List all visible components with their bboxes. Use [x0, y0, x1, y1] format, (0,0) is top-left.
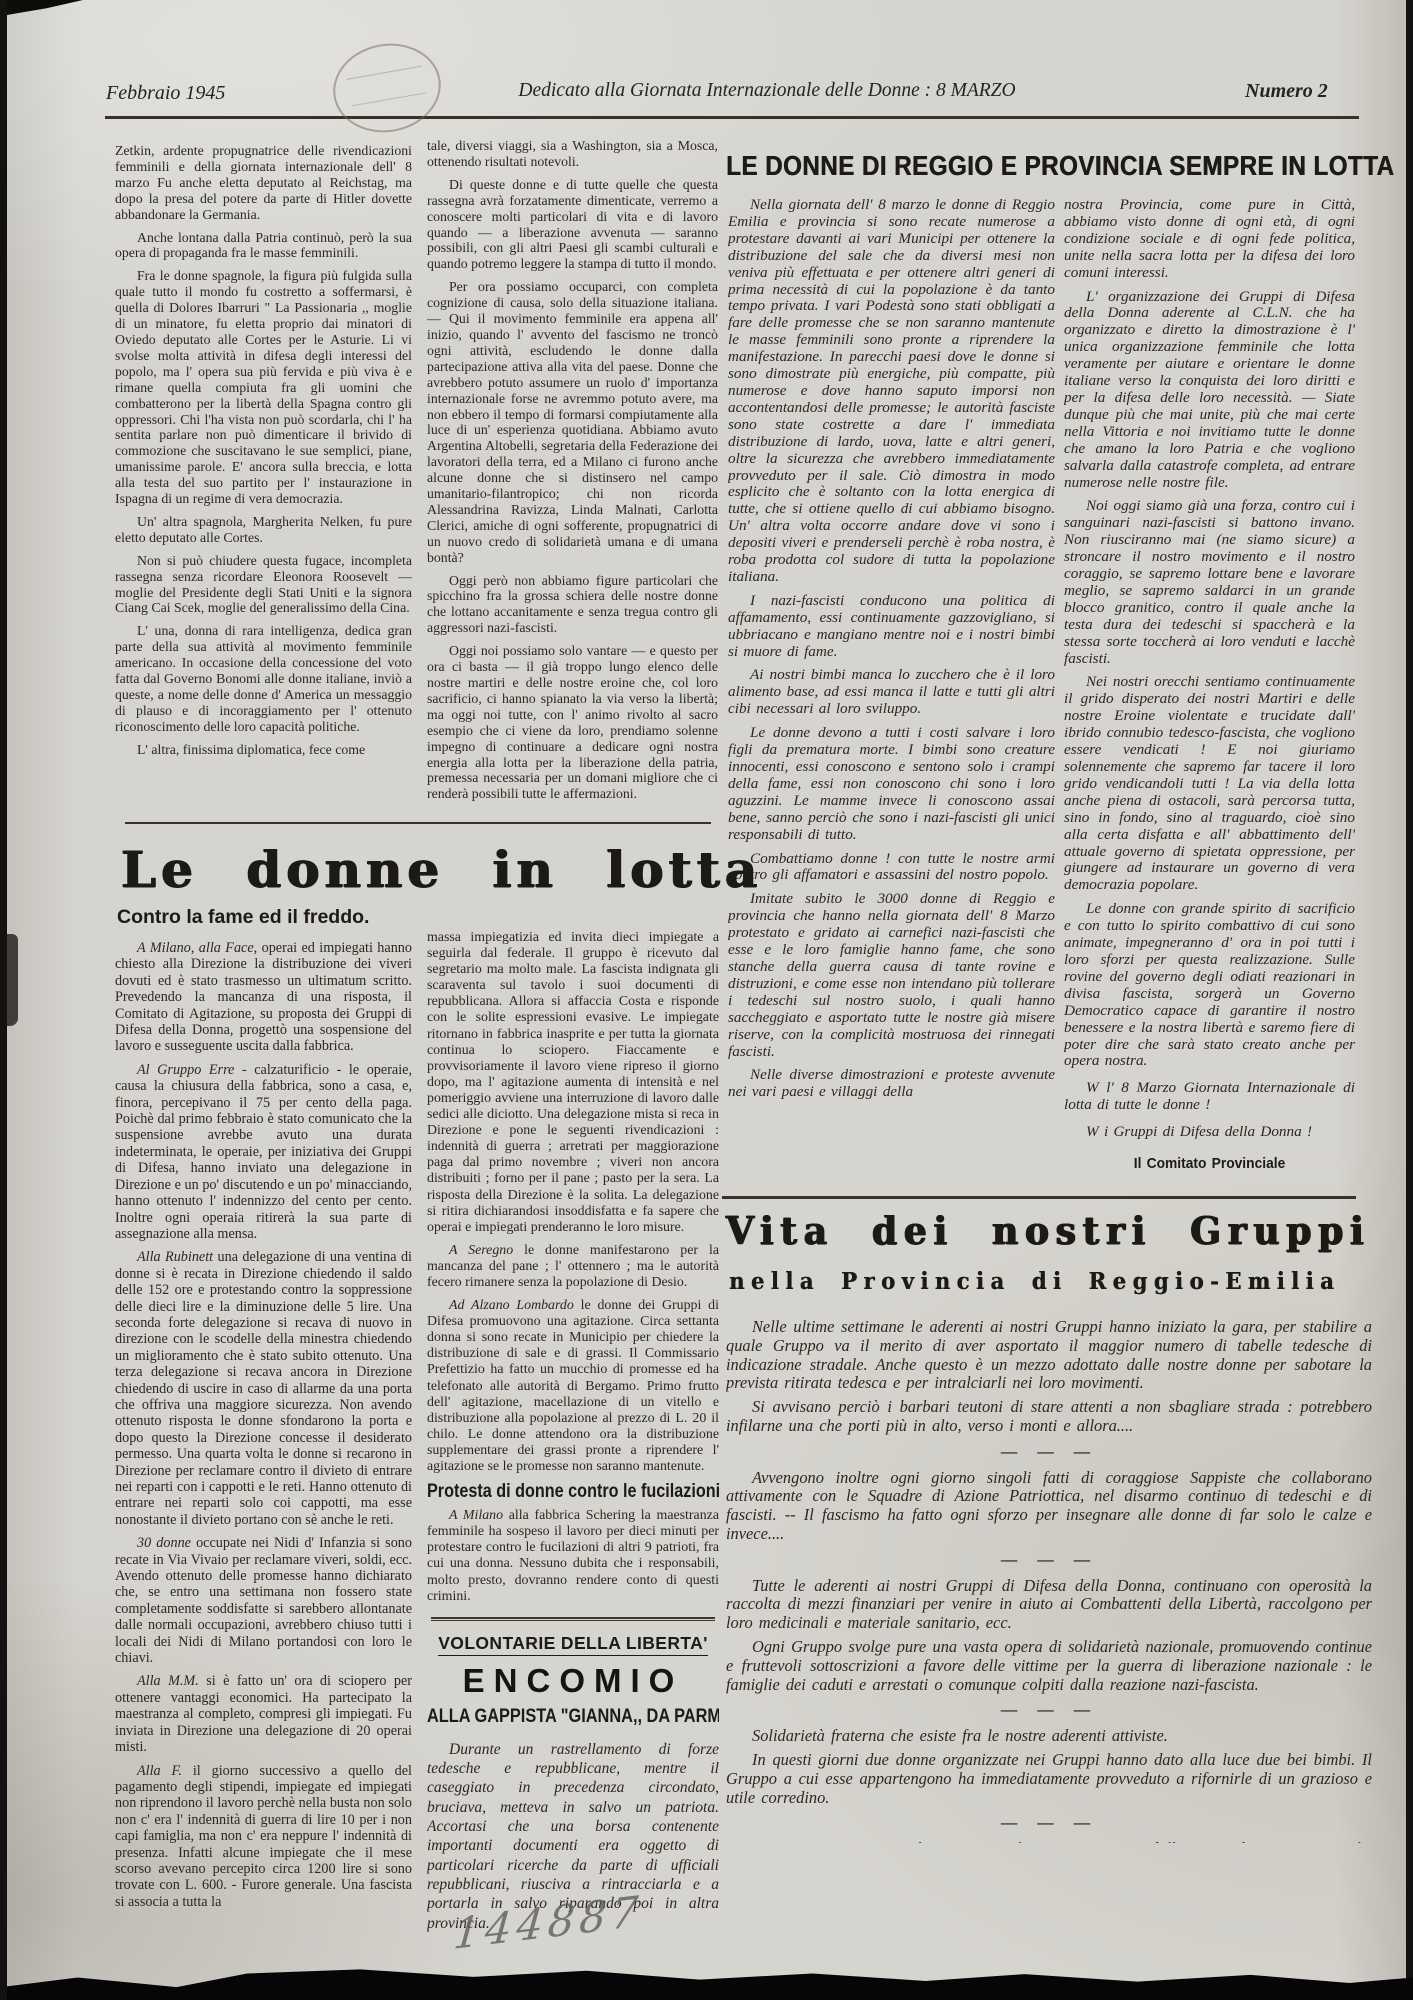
article-zetkin-column-2: tale, diversi viaggi, sia a Washington, …: [427, 138, 718, 825]
paragraph: Nei nostri orecchi sentiamo continuament…: [1064, 674, 1355, 894]
article-reggio-column-2: nostra Provincia, come pure in Città, ab…: [1064, 197, 1355, 1177]
vita-top-rule: [722, 1196, 1356, 1199]
paragraph-lead: A Milano, alla Face,: [137, 940, 262, 956]
section-divider-rule: [125, 822, 711, 824]
paragraph: 30 donne occupate nei Nidi d' Infanzia s…: [115, 1535, 412, 1666]
paragraph-lead: A Milano: [449, 1508, 509, 1523]
signature-line: Il Comitato Provinciale: [1076, 1151, 1344, 1176]
paragraph: Avvengono inoltre ogni giorno singoli fa…: [726, 1469, 1372, 1544]
paragraph-text: le donne dei Gruppi di Difesa promuovono…: [427, 1298, 719, 1474]
dash-divider: — — —: [726, 1443, 1372, 1462]
paragraph: Oggi però non abbiamo figure particolari…: [427, 573, 718, 637]
paragraph-lead: Ad Alzano Lombardo: [449, 1298, 581, 1313]
paragraph: Zetkin, ardente propugnatrice delle rive…: [115, 143, 412, 223]
paragraph: Ai nostri bimbi manca lo zucchero che è …: [728, 667, 1055, 718]
dash-divider: — — —: [726, 1701, 1372, 1720]
paragraph-lead: Alla F.: [137, 1763, 193, 1779]
column-divider-rule: [431, 1617, 715, 1621]
paragraph: A Seregno le donne manifestarono per la …: [427, 1243, 719, 1291]
paragraph: Noi oggi siamo già una forza, contro cui…: [1064, 498, 1355, 667]
issue-number: Numero 2: [1245, 80, 1328, 103]
paragraph: L' organizzazione dei Gruppi di Difesa d…: [1064, 289, 1355, 492]
page-edge-blot: [7, 934, 18, 1026]
masthead-rule: [105, 116, 1359, 119]
paragraph-text: - calzaturificio - le operaie, causa la …: [115, 1062, 412, 1242]
article-zetkin-column-1: Zetkin, ardente propugnatrice delle rive…: [115, 143, 412, 825]
dash-divider: — — —: [726, 1551, 1372, 1570]
paragraph: In questi giorni due donne organizzate n…: [726, 1751, 1372, 1807]
paragraph: Non si può chiudere questa fugace, incom…: [115, 553, 412, 617]
headline-le-donne-in-lotta: Le donne in lotta: [121, 840, 762, 899]
paragraph: Fra le donne spagnole, la figura più ful…: [115, 268, 412, 507]
signature-block: Il Comitato Provinciale dei Gruppi di Di…: [1076, 1151, 1344, 1177]
paragraph-lead: Al Gruppo Erre: [137, 1062, 242, 1078]
paragraph-text: il giorno successivo a quello del pagame…: [115, 1763, 412, 1910]
issue-date: Febbraio 1945: [106, 82, 225, 105]
paragraph-text: una delegazione di una ventina di donne …: [115, 1249, 412, 1528]
subhead-contro-la-fame: Contro la fame ed il freddo.: [117, 906, 369, 929]
paragraph: Per queste varie attività e per tutte le…: [726, 1840, 1372, 1843]
paragraph-text: massa impiegatizia ed invita dieci impie…: [427, 930, 719, 1235]
paragraph-lead: Alla Rubinett: [137, 1249, 218, 1265]
page-tear-top-left: [7, 0, 83, 15]
article-vita-body: Nelle ultime settimane le aderenti ai no…: [726, 1318, 1372, 1843]
newspaper-page: Febbraio 1945 Dedicato alla Giornata Int…: [7, 0, 1406, 2000]
signature-line: dei Gruppi di Difesa della Donna: [1076, 1176, 1344, 1177]
paragraph: Per ora possiamo occuparci, con completa…: [427, 279, 718, 565]
paragraph: Oggi noi possiamo solo vantare — e quest…: [427, 643, 718, 802]
paragraph: Le donne con grande spirito di sacrifici…: [1064, 901, 1355, 1070]
paragraph-lead: 30 donne: [137, 1535, 196, 1551]
paragraph: Ad Alzano Lombardo le donne dei Gruppi d…: [427, 1298, 719, 1475]
paragraph: nostra Provincia, come pure in Città, ab…: [1064, 197, 1355, 282]
paragraph: L' una, donna di rara intelligenza, dedi…: [115, 623, 412, 734]
masthead-dedication: Dedicato alla Giornata Internazionale de…: [457, 80, 1077, 102]
paragraph-text: occupate nei Nidi d' Infanzia si sono re…: [115, 1535, 412, 1666]
paragraph: Tutte le aderenti ai nostri Gruppi di Di…: [726, 1577, 1372, 1633]
kicker-text: VOLONTARIE DELLA LIBERTA': [438, 1633, 708, 1656]
paragraph: Le donne devono a tutti i costi salvare …: [728, 725, 1055, 843]
paragraph: A Milano, alla Face, operai ed impiegati…: [115, 940, 412, 1055]
kicker-volontarie: VOLONTARIE DELLA LIBERTA': [427, 1633, 719, 1654]
paragraph: massa impiegatizia ed invita dieci impie…: [427, 930, 719, 1236]
paragraph: Combattiamo donne ! con tutte le nostre …: [728, 851, 1055, 885]
paragraph-lead: Alla M.M.: [137, 1673, 206, 1689]
slogan-line: W i Gruppi di Difesa della Donna !: [1064, 1124, 1355, 1141]
subhead-provincia-reggio-emilia: nella Provincia di Reggio-Emilia: [729, 1268, 1340, 1295]
paragraph-lead: A Seregno: [449, 1243, 524, 1258]
article-lotta-column-2: massa impiegatizia ed invita dieci impie…: [427, 930, 719, 1996]
paragraph: L' altra, finissima diplomatica, fece co…: [115, 742, 412, 758]
paragraph: Si avvisano perciò i barbari teutoni di …: [726, 1398, 1372, 1436]
paragraph: Anche lontana dalla Patria continuò, per…: [115, 230, 412, 262]
paragraph: Alla M.M. si è fatto un' ora di sciopero…: [115, 1673, 412, 1755]
article-reggio-column-1: Nella giornata dell' 8 marzo le donne di…: [728, 197, 1055, 1189]
slogan-line: W l' 8 Marzo Giornata Internazionale di …: [1064, 1080, 1355, 1114]
paragraph: Nella giornata dell' 8 marzo le donne di…: [728, 197, 1055, 586]
paragraph: I nazi-fascisti conducono una politica d…: [728, 593, 1055, 661]
dash-divider: — — —: [726, 1814, 1372, 1833]
paragraph: Alla F. il giorno successivo a quello de…: [115, 1763, 412, 1911]
headline-reggio: LE DONNE DI REGGIO E PROVINCIA SEMPRE IN…: [726, 150, 1394, 182]
paragraph: Alla Rubinett una delegazione di una ven…: [115, 1249, 412, 1528]
round-stamp-mark: [326, 35, 448, 140]
headline-vita-dei-nostri-gruppi: Vita dei nostri Gruppi: [726, 1208, 1370, 1253]
paragraph: Ogni Gruppo svolge pure una vasta opera …: [726, 1638, 1372, 1694]
paragraph: Nelle ultime settimane le aderenti ai no…: [726, 1318, 1372, 1393]
paragraph-text: operai ed impiegati hanno chiesto alla D…: [115, 940, 412, 1054]
paragraph: tale, diversi viaggi, sia a Washington, …: [427, 138, 718, 170]
paragraph: Di queste donne e di tutte quelle che qu…: [427, 177, 718, 272]
paragraph: Solidarietà fraterna che esiste fra le n…: [726, 1727, 1372, 1746]
subhead-gappista-gianna: ALLA GAPPISTA "GIANNA,, DA PARMA: [427, 1706, 678, 1728]
article-lotta-column-1: A Milano, alla Face, operai ed impiegati…: [115, 940, 412, 1962]
paragraph: A Milano alla fabbrica Schering la maest…: [427, 1508, 719, 1605]
paragraph: Al Gruppo Erre - calzaturificio - le ope…: [115, 1062, 412, 1242]
subhead-protesta-fucilazioni: Protesta di donne contro le fucilazioni.: [427, 1483, 669, 1499]
paragraph: Nelle diverse dimostrazioni e proteste a…: [728, 1067, 1055, 1101]
headline-encomio: ENCOMIO: [427, 1662, 719, 1700]
paragraph: Un' altra spagnola, Margherita Nelken, f…: [115, 514, 412, 546]
paragraph: Imitate subito le 3000 donne di Reggio e…: [728, 891, 1055, 1060]
